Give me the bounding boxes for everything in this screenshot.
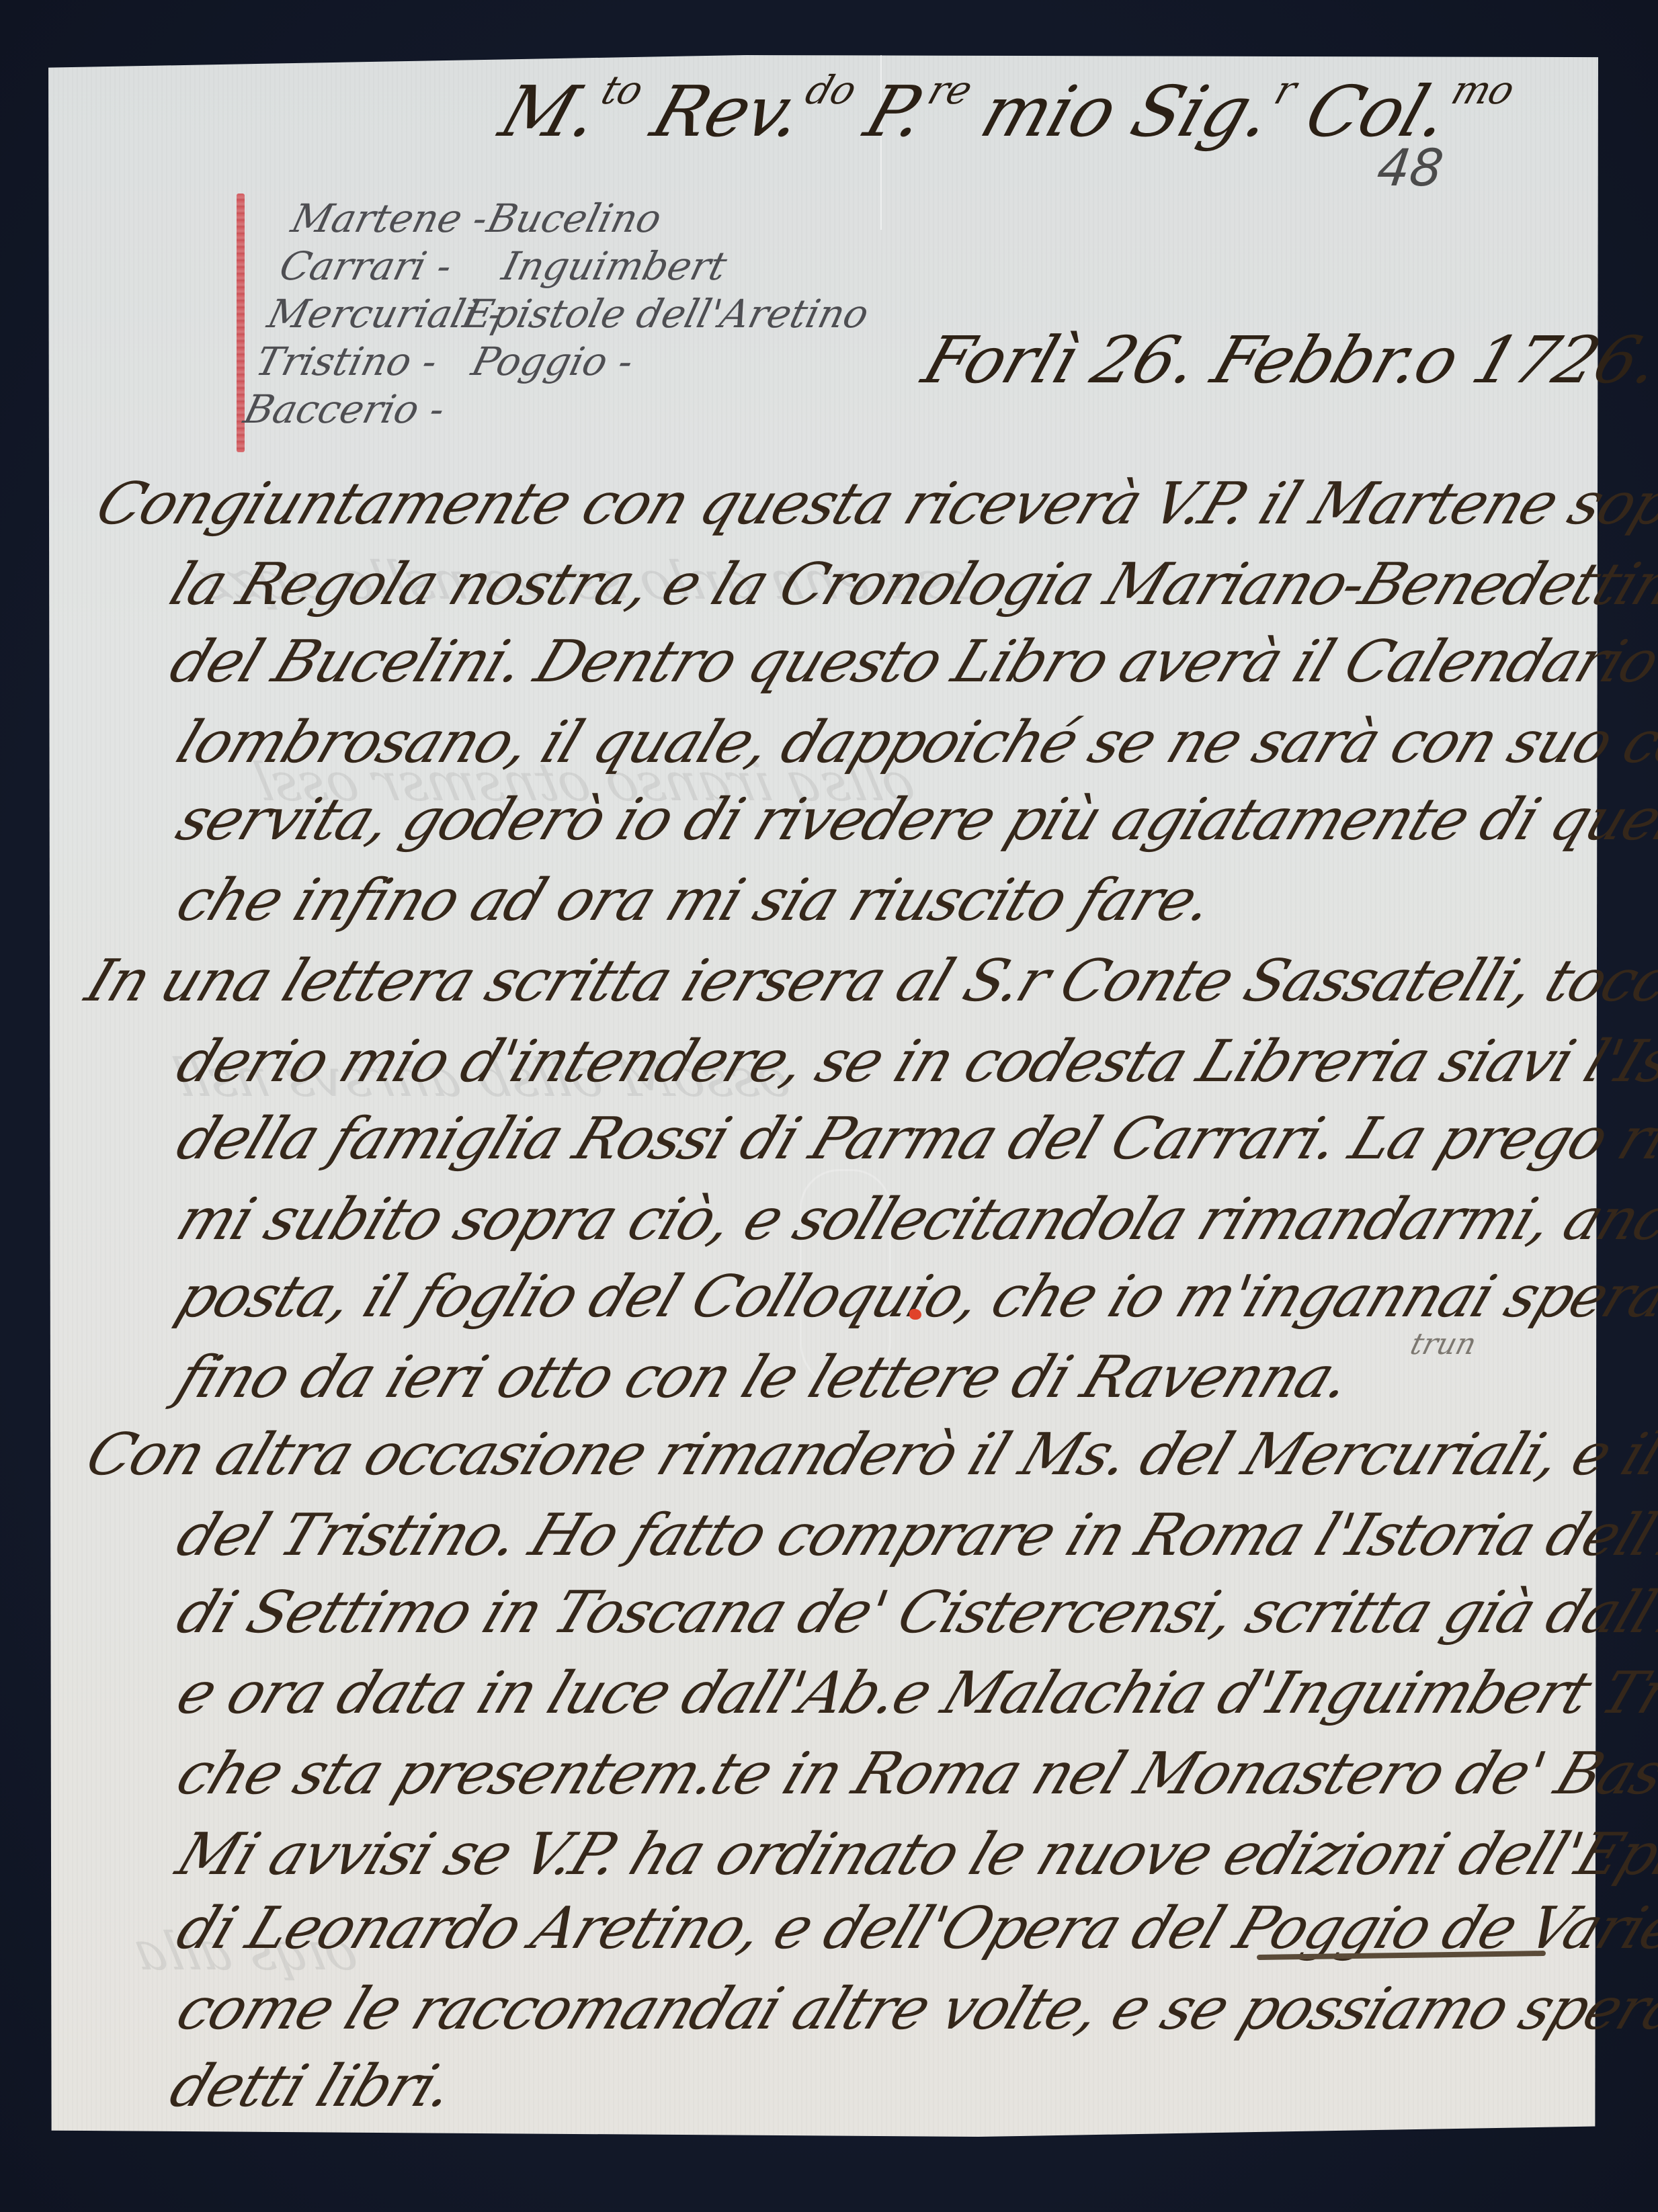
folio-number: 48 — [1374, 138, 1447, 198]
body-line: fino da ieri otto con le lettere di Rave… — [168, 1344, 1360, 1411]
body-line: di Settimo in Toscana de' Cistercensi, s… — [168, 1579, 1658, 1646]
body-line: come le raccomandai altre volte, e se po… — [168, 1975, 1658, 2043]
body-line: che sta presentem.te in Roma nel Monaste… — [168, 1740, 1658, 1807]
pencil-annotation-right-column: Bucelino Inguimbert Epistole dell'Aretin… — [447, 195, 898, 386]
body-line: la Regola nostra, e la Cronologia Marian… — [161, 551, 1658, 618]
body-line: posta, il foglio del Colloquio, che io m… — [168, 1263, 1658, 1330]
body-line: In una lettera scritta iersera al S.r Co… — [77, 947, 1658, 1015]
body-line: Congiuntamente con questa riceverà V.P. … — [87, 470, 1658, 538]
body-line: lombrosano, il quale, dappoiché se ne sa… — [168, 709, 1658, 776]
body-line: e ora data in luce dall'Ab.e Malachia d'… — [168, 1660, 1658, 1727]
body-line: del Tristino. Ho fatto comprare in Roma … — [168, 1502, 1658, 1569]
salutation-part: Rev. — [621, 71, 814, 153]
body-line: derio mio d'intendere, se in codesta Lib… — [168, 1028, 1658, 1095]
body-line: mi subito sopra ciò, e sollecitandola ri… — [168, 1186, 1658, 1253]
pencil-note: Baccerio - — [239, 386, 485, 433]
margin-note: trun — [1407, 1327, 1480, 1361]
pencil-note: Epistole dell'Aretino — [458, 290, 874, 338]
body-line: del Bucelini. Dentro questo Libro averà … — [161, 628, 1658, 695]
pencil-annotation: Martene - Carrari - Mercuriali - Tristin… — [222, 188, 813, 457]
pencil-note: Bucelino — [483, 195, 898, 243]
dateline: Forlì 26. Febbr.o 1726. — [914, 323, 1658, 398]
body-line: servita, goderò io di rivedere più agiat… — [168, 786, 1658, 853]
body-line: Mi avvisi se V.P. ha ordinato le nuove e… — [168, 1821, 1658, 1888]
salutation-part: mio Sig. — [950, 71, 1282, 153]
pencil-note: Poggio - — [467, 338, 862, 386]
red-ink-spot — [909, 1309, 921, 1320]
body-line: della famiglia Rossi di Parma del Carrar… — [168, 1105, 1658, 1173]
body-line: Con altra occasione rimanderò il Ms. del… — [77, 1421, 1658, 1488]
body-line: che infino ad ora mi sia riuscito fare. — [168, 867, 1222, 934]
salutation: M.to Rev.do P.re mio Sig.r Col.mo — [491, 67, 1520, 153]
pencil-note: Inguimbert — [497, 243, 886, 290]
body-line: detti libri. — [161, 2053, 462, 2120]
